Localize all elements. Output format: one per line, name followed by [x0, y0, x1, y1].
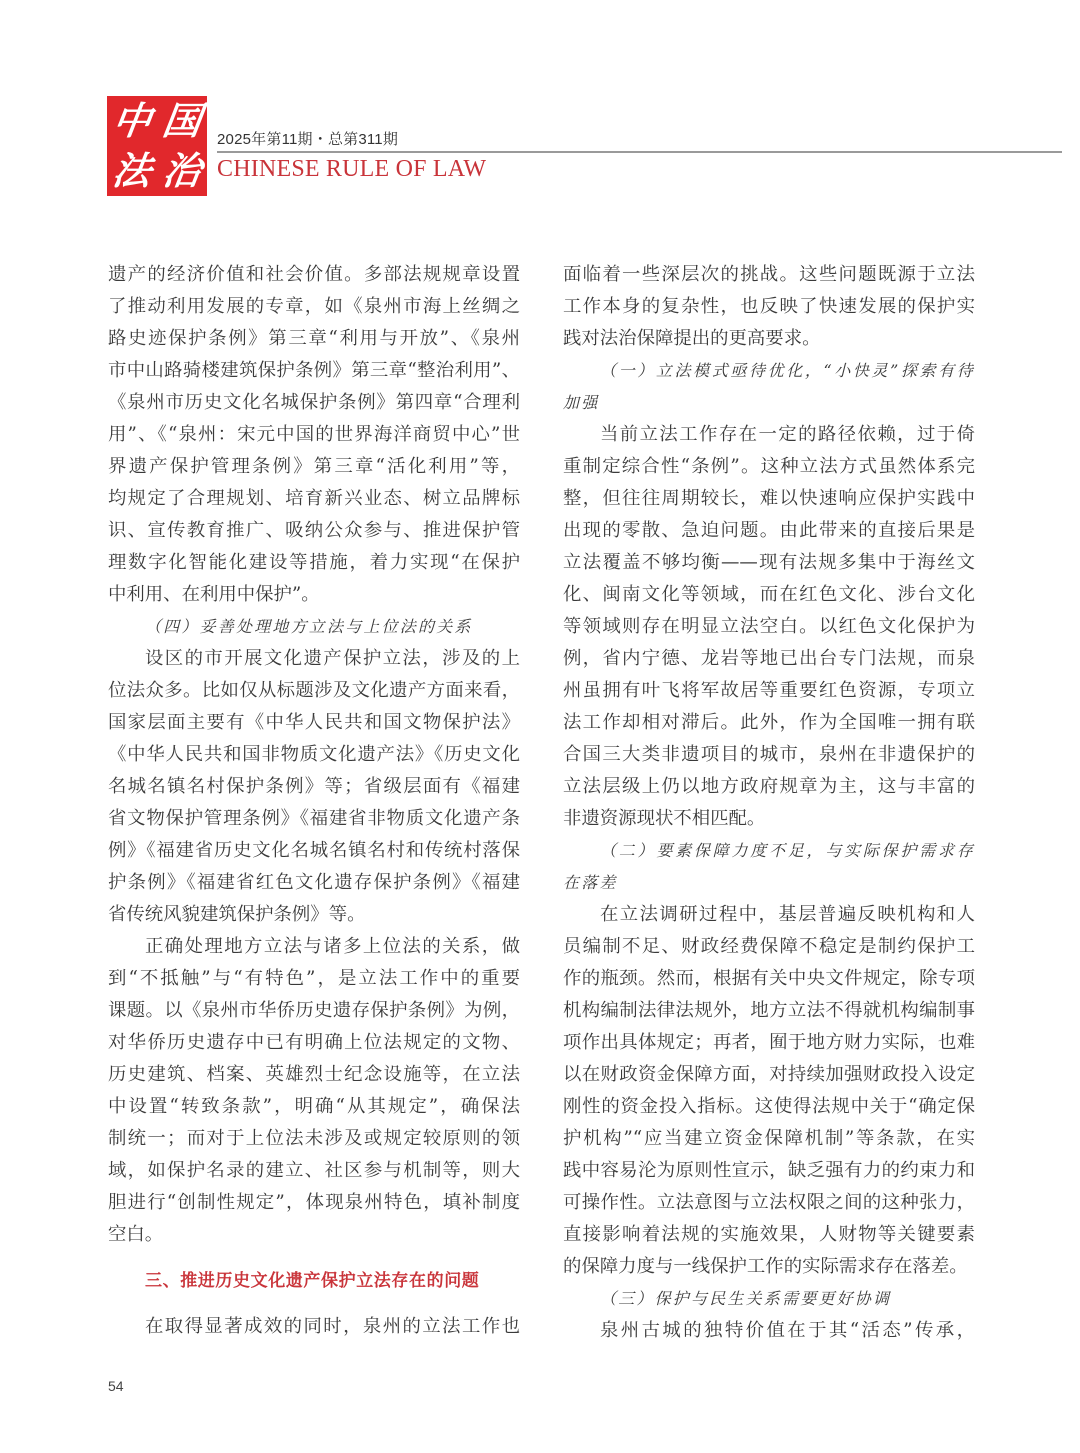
text-line: 对华侨历史遗存中已有明确上位法规定的文物、: [108, 1027, 520, 1059]
logo-char: 国: [160, 102, 203, 140]
issue-info: 2025年第11期・总第311期: [217, 128, 398, 149]
text-line: 例，省内宁德、龙岩等地已出台专门法规，而泉: [563, 643, 975, 675]
text-line: 域，如保护名录的建立、社区参与机制等，则大: [108, 1155, 520, 1187]
logo-char: 治: [160, 152, 203, 190]
text-line: 践对法治保障提出的更高要求。: [563, 323, 975, 355]
text-line: 了推动利用发展的专章，如《泉州市海上丝绸之: [108, 291, 520, 323]
text-line: 省传统风貌建筑保护条例》等。: [108, 899, 520, 931]
header-divider: [217, 151, 1062, 153]
left-column: 遗产的经济价值和社会价值。多部法规规章设置 了推动利用发展的专章，如《泉州市海上…: [108, 259, 520, 1343]
text-line: 当前立法工作存在一定的路径依赖，过于倚: [563, 419, 975, 451]
text-line: 均规定了合理规划、培育新兴业态、树立品牌标: [108, 483, 520, 515]
text-line: 正确处理地方立法与诸多上位法的关系，做: [108, 931, 520, 963]
text-line: 用”、《“泉州：宋元中国的世界海洋商贸中心”世: [108, 419, 520, 451]
text-line: 作的瓶颈。然而，根据有关中央文件规定，除专项: [563, 963, 975, 995]
text-line: 例》《福建省历史文化名城名镇名村和传统村落保: [108, 835, 520, 867]
text-line: 机构编制法律法规外，地方立法不得就机构编制事: [563, 995, 975, 1027]
text-line: 立法覆盖不够均衡——现有法规多集中于海丝文: [563, 547, 975, 579]
text-line: 非遗资源现状不相匹配。: [563, 803, 975, 835]
text-line: 市中山路骑楼建筑保护条例》第三章“整治利用”、: [108, 355, 520, 387]
text-line: 制统一；而对于上位法未涉及或规定较原则的领: [108, 1123, 520, 1155]
text-line: 刚性的资金投入指标。这使得法规中关于“确定保: [563, 1091, 975, 1123]
subheading: （三）保护与民生关系需要更好协调: [563, 1283, 975, 1315]
text-line: 直接影响着法规的实施效果，人财物等关键要素: [563, 1219, 975, 1251]
text-line: 州虽拥有叶飞将军故居等重要红色资源，专项立: [563, 675, 975, 707]
text-line: 整，但往往周期较长，难以快速响应保护实践中: [563, 483, 975, 515]
text-line: 面临着一些深层次的挑战。这些问题既源于立法: [563, 259, 975, 291]
text-line: 胆进行“创制性规定”，体现泉州特色，填补制度: [108, 1187, 520, 1219]
text-line: 国家层面主要有《中华人民共和国文物保护法》: [108, 707, 520, 739]
logo-char: 中: [110, 102, 153, 140]
text-line: 护条例》《福建省红色文化遗存保护条例》《福建: [108, 867, 520, 899]
text-line: 设区的市开展文化遗产保护立法，涉及的上: [108, 643, 520, 675]
subheading: （四）妥善处理地方立法与上位法的关系: [108, 611, 520, 643]
text-line: 课题。以《泉州市华侨历史遗存保护条例》为例，: [108, 995, 520, 1027]
text-line: 《中华人民共和国非物质文化遗产法》《历史文化: [108, 739, 520, 771]
text-line: 位法众多。比如仅从标题涉及文化遗产方面来看，: [108, 675, 520, 707]
text-line: 中设置“转致条款”，明确“从其规定”，确保法: [108, 1091, 520, 1123]
text-line: 法工作却相对滞后。此外，作为全国唯一拥有联: [563, 707, 975, 739]
text-line: 省文物保护管理条例》《福建省非物质文化遗产条: [108, 803, 520, 835]
subheading: 在落差: [563, 867, 975, 899]
right-column: 面临着一些深层次的挑战。这些问题既源于立法 工作本身的复杂性，也反映了快速发展的…: [563, 259, 975, 1347]
text-line: 立法层级上仍以地方政府规章为主，这与丰富的: [563, 771, 975, 803]
text-line: 泉州古城的独特价值在于其“活态”传承，: [563, 1315, 975, 1347]
text-line: 《泉州市历史文化名城保护条例》第四章“合理利: [108, 387, 520, 419]
text-line: 到“不抵触”与“有特色”，是立法工作中的重要: [108, 963, 520, 995]
text-line: 重制定综合性“条例”。这种立法方式虽然体系完: [563, 451, 975, 483]
text-line: 可操作性。立法意图与立法权限之间的这种张力，: [563, 1187, 975, 1219]
page-number: 54: [108, 1378, 124, 1394]
text-line: 等领域则存在明显立法空白。以红色文化保护为: [563, 611, 975, 643]
text-line: 护机构”“应当建立资金保障机制”等条款，在实: [563, 1123, 975, 1155]
magazine-logo: 中 国 法 治: [107, 96, 207, 196]
text-line: 化、闽南文化等领域，而在红色文化、涉台文化: [563, 579, 975, 611]
text-line: 理数字化智能化建设等措施，着力实现“在保护: [108, 547, 520, 579]
text-line: 中利用、在利用中保护”。: [108, 579, 520, 611]
text-line: 工作本身的复杂性，也反映了快速发展的保护实: [563, 291, 975, 323]
text-line: 员编制不足、财政经费保障不稳定是制约保护工: [563, 931, 975, 963]
text-line: 在立法调研过程中，基层普遍反映机构和人: [563, 899, 975, 931]
logo-char: 法: [110, 152, 153, 190]
text-line: 在取得显著成效的同时，泉州的立法工作也: [108, 1311, 520, 1343]
text-line: 出现的零散、急迫问题。由此带来的直接后果是: [563, 515, 975, 547]
subheading: （二）要素保障力度不足，与实际保护需求存: [563, 835, 975, 867]
text-line: 以在财政资金保障方面，对持续加强财政投入设定: [563, 1059, 975, 1091]
text-line: 空白。: [108, 1219, 520, 1251]
magazine-title-en: CHINESE RULE OF LAW: [217, 156, 486, 183]
text-line: 识、宣传教育推广、吸纳公众参与、推进保护管: [108, 515, 520, 547]
text-line: 路史迹保护条例》第三章“利用与开放”、《泉州: [108, 323, 520, 355]
text-line: 界遗产保护管理条例》第三章“活化利用”等，: [108, 451, 520, 483]
text-line: 历史建筑、档案、英雄烈士纪念设施等，在立法: [108, 1059, 520, 1091]
text-line: 合国三大类非遗项目的城市，泉州在非遗保护的: [563, 739, 975, 771]
subheading: 加强: [563, 387, 975, 419]
section-heading: 三、推进历史文化遗产保护立法存在的问题: [108, 1265, 520, 1297]
subheading: （一）立法模式亟待优化，“小快灵”探索有待: [563, 355, 975, 387]
text-line: 遗产的经济价值和社会价值。多部法规规章设置: [108, 259, 520, 291]
text-line: 项作出具体规定；再者，囿于地方财力实际，也难: [563, 1027, 975, 1059]
text-line: 的保障力度与一线保护工作的实际需求存在落差。: [563, 1251, 975, 1283]
text-line: 践中容易沦为原则性宣示，缺乏强有力的约束力和: [563, 1155, 975, 1187]
text-line: 名城名镇名村保护条例》等；省级层面有《福建: [108, 771, 520, 803]
